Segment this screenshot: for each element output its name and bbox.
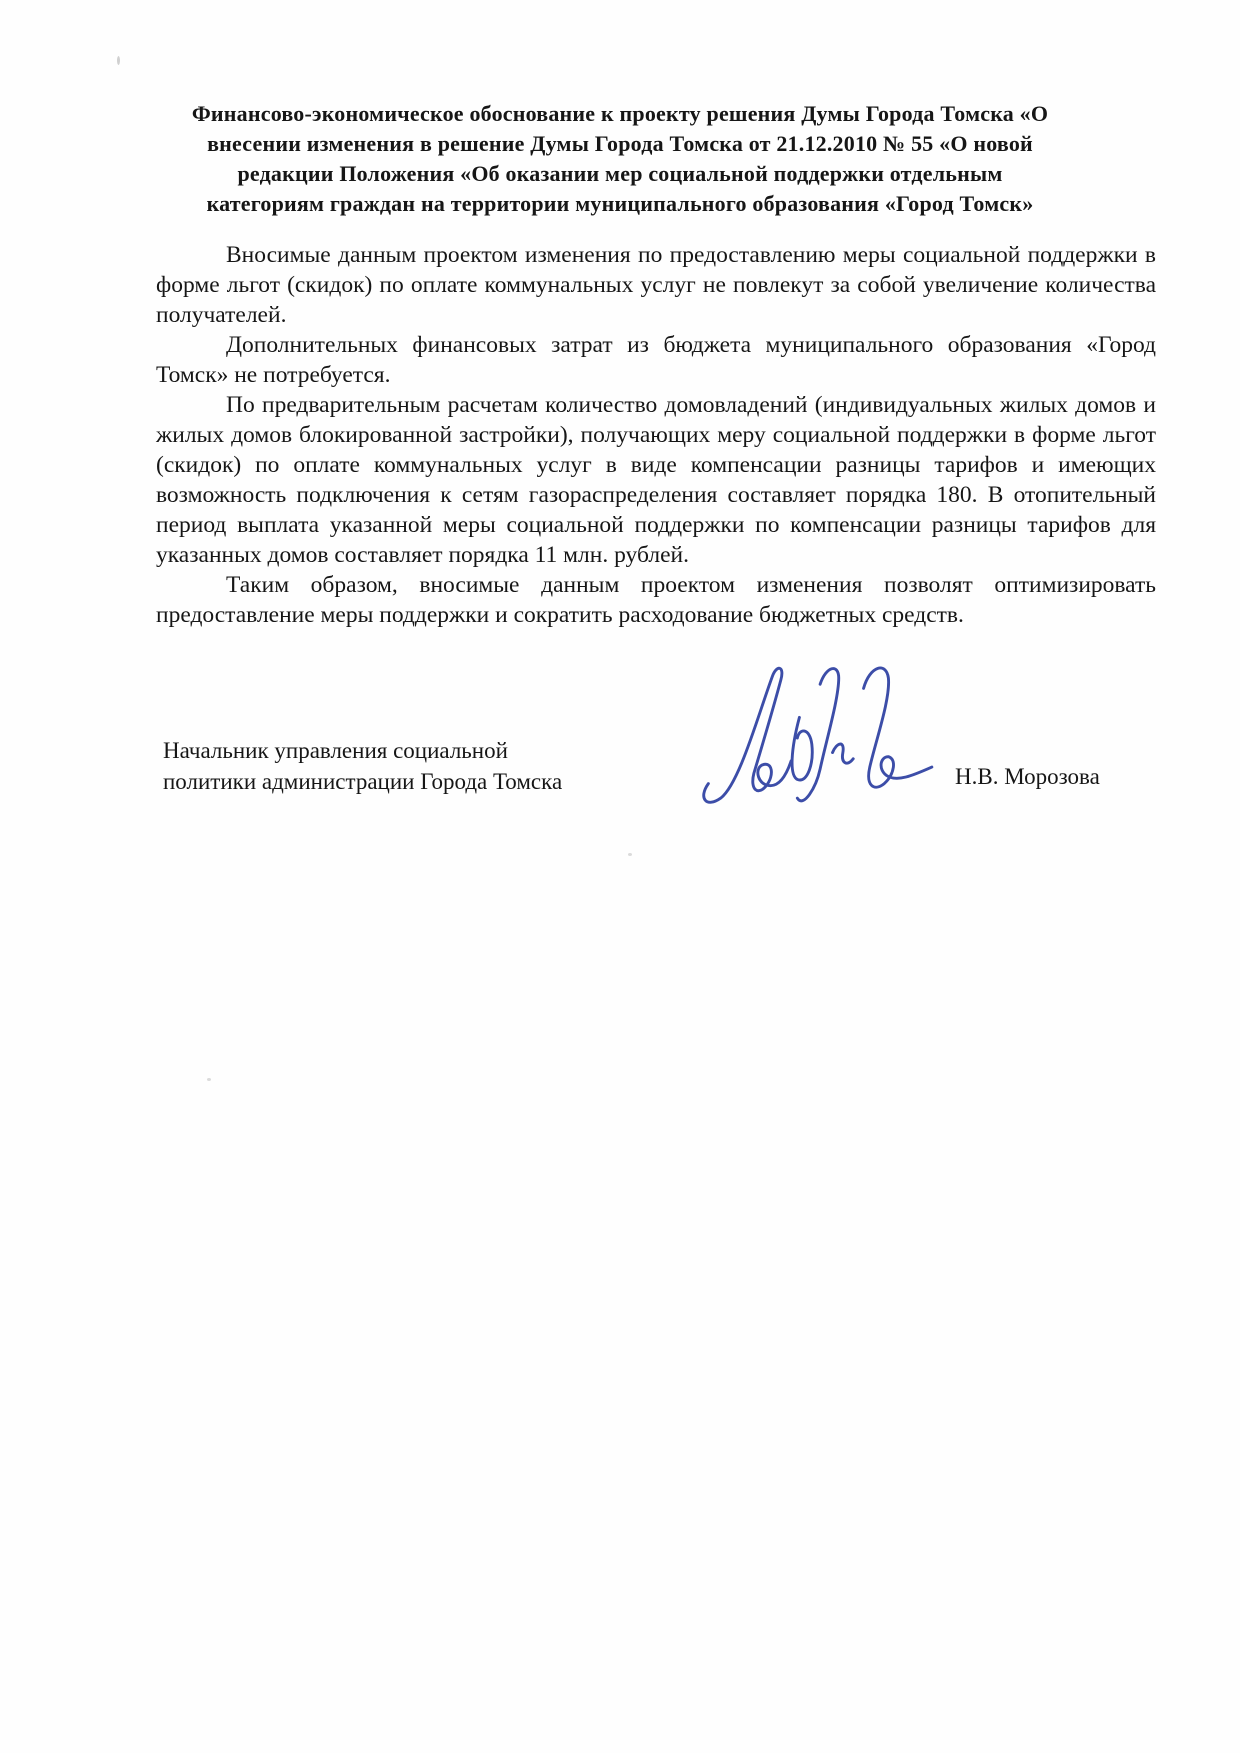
signatory-role: Начальник управления социальной политики…: [163, 735, 562, 797]
scan-artifact: [628, 853, 632, 856]
signatory-name: Н.В. Морозова: [955, 762, 1100, 792]
signatory-role-line-2: политики администрации Города Томска: [163, 766, 562, 797]
signatory-role-line-1: Начальник управления социальной: [163, 735, 562, 766]
scan-artifact: [117, 56, 120, 65]
scan-artifact: [207, 1078, 211, 1081]
body-paragraph-1: Вносимые данным проектом изменения по пр…: [156, 240, 1156, 330]
document-body: Вносимые данным проектом изменения по пр…: [156, 240, 1156, 630]
title-line-3: редакции Положения «Об оказании мер соци…: [140, 159, 1100, 189]
title-line-2: внесении изменения в решение Думы Города…: [140, 129, 1100, 159]
body-paragraph-3: По предварительным расчетам количество д…: [156, 390, 1156, 570]
title-line-4: категориям граждан на территории муницип…: [140, 189, 1100, 219]
document-title: Финансово-экономическое обоснование к пр…: [140, 99, 1100, 219]
body-paragraph-2: Дополнительных финансовых затрат из бюдж…: [156, 330, 1156, 390]
handwritten-signature: [698, 652, 936, 820]
title-line-1: Финансово-экономическое обоснование к пр…: [140, 99, 1100, 129]
body-paragraph-4: Таким образом, вносимые данным проектом …: [156, 570, 1156, 630]
scanned-document-page: Финансово-экономическое обоснование к пр…: [0, 0, 1240, 1753]
